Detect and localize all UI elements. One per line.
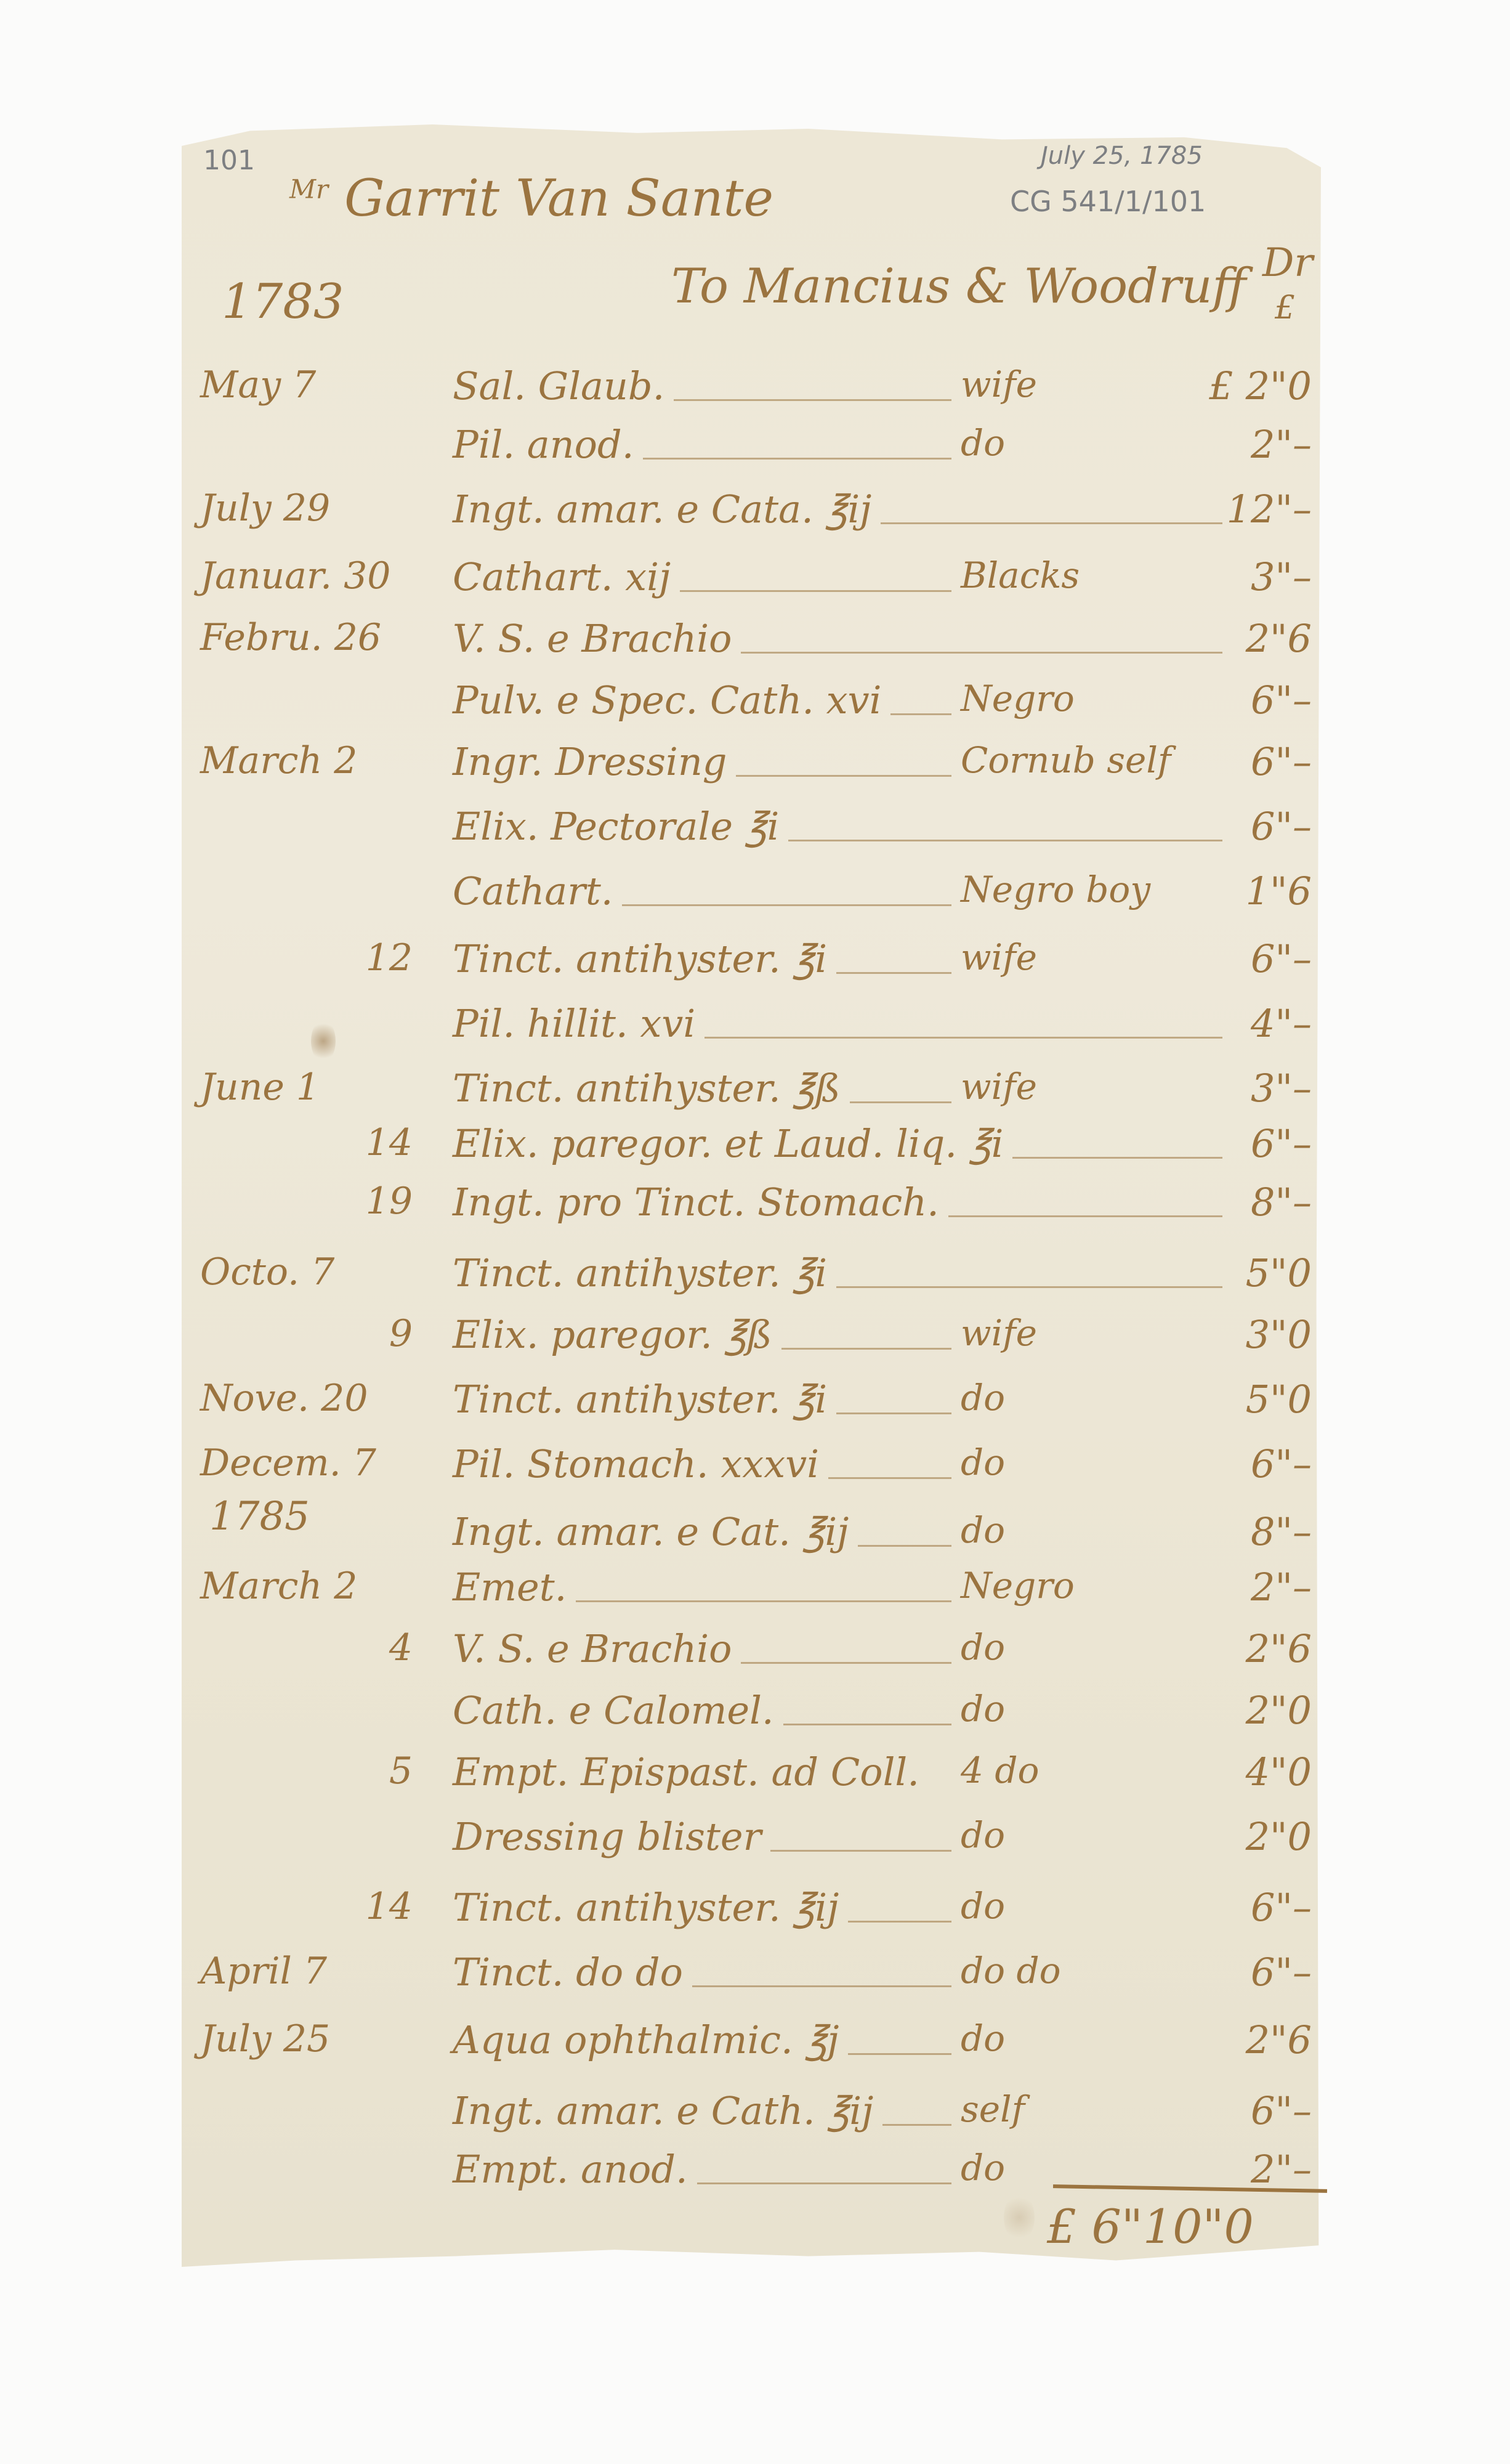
entry-item: Sal. Glaub.	[453, 363, 664, 408]
entry-amount: 4"0	[1152, 1749, 1312, 1794]
pencil-archive-reference: CG 541/1/101	[1010, 185, 1206, 218]
entry-row: 12Tinct. antihyster. ℥iwife6"–	[0, 936, 1510, 1004]
entry-date: 9	[209, 1312, 413, 1355]
entry-date: 14	[209, 1885, 413, 1928]
entry-amount: 8"–	[1152, 1509, 1312, 1554]
entry-item: Pulv. e Spec. Cath. xvi	[453, 678, 881, 723]
entry-date: March 2	[200, 739, 422, 782]
entry-amount: 6"–	[1152, 936, 1312, 981]
entry-item: Ingt. amar. e Cath. ℥ij	[453, 2088, 873, 2133]
entry-item: Aqua ophthalmic. ℥j	[453, 2017, 839, 2062]
entry-item: Tinct. antihyster. ℥i	[453, 1250, 827, 1295]
entry-amount: 2"0	[1152, 1688, 1312, 1733]
entry-item: Ingr. Dressing	[453, 739, 727, 784]
leader-line	[850, 1101, 951, 1103]
entry-amount: 2"–	[1152, 422, 1312, 467]
entry-patient: do do	[961, 1950, 1061, 1992]
entry-patient: self	[961, 2088, 1025, 2130]
entry-row: Elix. Pectorale ℥i6"–	[0, 804, 1510, 872]
entry-date: April 7	[200, 1950, 422, 1993]
leader-line	[576, 1600, 951, 1602]
creditor-line: To Mancius & Woodruff	[671, 259, 1246, 314]
entry-row: Ingt. amar. e Cath. ℥ijself6"–	[0, 2088, 1510, 2156]
entry-patient: do	[961, 1626, 1005, 1668]
entry-patient: do	[961, 1814, 1005, 1856]
entry-amount: 12"–	[1152, 487, 1312, 532]
entry-patient: Blacks	[961, 554, 1080, 596]
leader-line	[705, 1037, 1222, 1039]
leader-line	[890, 713, 951, 715]
entry-amount: 1"6	[1152, 869, 1312, 914]
entry-amount: 3"–	[1152, 1066, 1312, 1111]
leader-line	[736, 775, 951, 777]
entry-item: Cathart. xij	[453, 554, 671, 599]
leader-line	[741, 1662, 951, 1664]
entry-patient: Negro boy	[961, 869, 1150, 910]
entry-amount: 6"–	[1152, 2088, 1312, 2133]
leader-line	[848, 1921, 951, 1923]
entry-row: July 29Ingt. amar. e Cata. ℥ij12"–	[0, 487, 1510, 554]
entry-amount: £ 2"0	[1152, 363, 1312, 408]
entry-date: 12	[209, 936, 413, 979]
entry-patient: wife	[961, 363, 1037, 405]
entry-item: Ingt. amar. e Cat. ℥ij	[453, 1509, 849, 1554]
leader-line	[770, 1850, 951, 1852]
entry-patient: Negro	[961, 678, 1075, 719]
leader-line	[783, 1724, 951, 1725]
entry-item: Tinct. antihyster. ℥ß	[453, 1066, 841, 1111]
entry-date: Octo. 7	[200, 1250, 422, 1294]
entry-patient: do	[961, 422, 1005, 464]
entry-date: Nove. 20	[200, 1377, 422, 1420]
entry-patient: do	[961, 1509, 1005, 1551]
account-total: £ 6"10"0	[1047, 2199, 1254, 2254]
entry-amount: 2"6	[1152, 616, 1312, 661]
entry-row: Januar. 30Cathart. xijBlacks3"–	[0, 554, 1510, 622]
entry-amount: 3"–	[1152, 554, 1312, 599]
entry-date: Febru. 26	[200, 616, 422, 659]
entry-amount: 6"–	[1152, 1885, 1312, 1930]
entry-date: Januar. 30	[200, 554, 422, 598]
leader-line	[848, 2053, 951, 2055]
entry-date: Decem. 7	[200, 1441, 422, 1485]
entry-amount: 2"6	[1152, 2017, 1312, 2062]
leader-line	[692, 1985, 951, 1987]
entry-patient: do	[961, 1441, 1005, 1483]
entry-row: 5Empt. Epispast. ad Coll.4 do4"0	[0, 1749, 1510, 1817]
entry-patient: do	[961, 1885, 1005, 1927]
entry-row: Dressing blisterdo2"0	[0, 1814, 1510, 1882]
entry-item: Elix. paregor. et Laud. liq. ℥i	[453, 1121, 1003, 1166]
entry-item: V. S. e Brachio	[453, 1626, 732, 1671]
entry-patient: do	[961, 2147, 1005, 2189]
entry-patient: do	[961, 1377, 1005, 1419]
leader-line	[741, 652, 1222, 654]
entry-item: Pil. hillit. xvi	[453, 1001, 695, 1046]
entry-row: 14Tinct. antihyster. ℥ijdo6"–	[0, 1885, 1510, 1953]
entry-item: Cathart.	[453, 869, 613, 914]
entry-patient: do	[961, 2017, 1005, 2059]
entry-amount: 2"–	[1152, 2147, 1312, 2192]
entry-amount: 2"–	[1152, 1565, 1312, 1610]
entry-date: July 25	[200, 2017, 422, 2061]
entry-row: Octo. 7Tinct. antihyster. ℥i5"0	[0, 1250, 1510, 1318]
entry-item: Dressing blister	[453, 1814, 761, 1859]
entry-item: Ingt. pro Tinct. Stomach.	[453, 1180, 939, 1225]
pencil-folio-number: 101	[203, 145, 255, 176]
opening-year: 1783	[222, 274, 344, 330]
entry-row: 14Elix. paregor. et Laud. liq. ℥i6"–	[0, 1121, 1510, 1189]
entry-amount: 6"–	[1152, 1441, 1312, 1486]
currency-column-head: £	[1275, 290, 1295, 326]
leader-line	[836, 1412, 951, 1414]
entry-patient: wife	[961, 936, 1037, 978]
leader-line	[828, 1477, 951, 1479]
entry-amount: 2"0	[1152, 1814, 1312, 1859]
entry-patient: do	[961, 1688, 1005, 1730]
entry-patient: wife	[961, 1312, 1037, 1354]
entry-item: Emet.	[453, 1565, 567, 1610]
entry-row: Cathart.Negro boy1"6	[0, 869, 1510, 936]
leader-line	[643, 458, 951, 460]
entry-row: Empt. anod.do2"–	[0, 2147, 1510, 2215]
entry-amount: 2"6	[1152, 1626, 1312, 1671]
entry-date: 14	[209, 1121, 413, 1164]
entry-item: Tinct. antihyster. ℥ij	[453, 1885, 839, 1930]
entry-item: Ingt. amar. e Cata. ℥ij	[453, 487, 871, 532]
entry-date: June 1	[200, 1066, 422, 1109]
entry-row: Cath. e Calomel.do2"0	[0, 1688, 1510, 1756]
leader-line	[858, 1545, 951, 1547]
entry-row: May 7Sal. Glaub.wife£ 2"0	[0, 363, 1510, 431]
entry-row: Febru. 26V. S. e Brachio2"6	[0, 616, 1510, 684]
entry-item: Empt. anod.	[453, 2147, 688, 2192]
leader-line	[781, 1348, 951, 1350]
debit-mark: Dr	[1262, 240, 1313, 286]
entry-date: 5	[209, 1749, 413, 1793]
leader-line	[622, 904, 951, 906]
entry-row: July 25Aqua ophthalmic. ℥jdo2"6	[0, 2017, 1510, 2085]
entry-item: Tinct. do do	[453, 1950, 683, 1995]
entry-row: April 7Tinct. do dodo do6"–	[0, 1950, 1510, 2017]
entry-row: Pil. anod.do2"–	[0, 422, 1510, 490]
entry-patient: Cornub self	[961, 739, 1171, 781]
entry-amount: 5"0	[1152, 1377, 1312, 1422]
pencil-date-note: July 25, 1785	[1041, 142, 1203, 170]
leader-line	[882, 2124, 951, 2126]
entry-patient: wife	[961, 1066, 1037, 1108]
entry-item: Empt. Epispast. ad Coll.	[453, 1749, 919, 1794]
entry-amount: 6"–	[1152, 739, 1312, 784]
entry-date: May 7	[200, 363, 422, 407]
entry-amount: 6"–	[1152, 804, 1312, 849]
entry-item: Pil. Stomach. xxxvi	[453, 1441, 819, 1486]
entry-date: 19	[209, 1180, 413, 1223]
entry-amount: 6"–	[1152, 1950, 1312, 1995]
debtor-name: Garrit Van Sante	[344, 169, 773, 228]
debtor-heading: Mr Garrit Van Sante	[289, 169, 773, 228]
entry-amount: 6"–	[1152, 1121, 1312, 1166]
entry-date: 4	[209, 1626, 413, 1669]
leader-line	[836, 972, 951, 974]
entry-item: Cath. e Calomel.	[453, 1688, 774, 1733]
entry-row: March 2Emet.Negro2"–	[0, 1565, 1510, 1632]
entry-item: Elix. paregor. ℥ß	[453, 1312, 772, 1357]
entry-row: 19Ingt. pro Tinct. Stomach.8"–	[0, 1180, 1510, 1247]
entry-item: Tinct. antihyster. ℥i	[453, 936, 827, 981]
leader-line	[697, 2182, 951, 2184]
entry-item: Pil. anod.	[453, 422, 634, 467]
entry-amount: 4"–	[1152, 1001, 1312, 1046]
debtor-prefix: Mr	[289, 174, 328, 205]
entry-row: 9Elix. paregor. ℥ßwife3"0	[0, 1312, 1510, 1380]
leader-line	[674, 399, 951, 401]
entry-date: July 29	[200, 487, 422, 530]
entry-row: Pulv. e Spec. Cath. xviNegro6"–	[0, 678, 1510, 745]
entry-amount: 6"–	[1152, 678, 1312, 723]
entry-amount: 8"–	[1152, 1180, 1312, 1225]
entry-row: 4V. S. e Brachiodo2"6	[0, 1626, 1510, 1694]
entry-amount: 5"0	[1152, 1250, 1312, 1295]
entry-patient: Negro	[961, 1565, 1075, 1607]
entry-amount: 3"0	[1152, 1312, 1312, 1357]
entry-row: Pil. hillit. xvi4"–	[0, 1001, 1510, 1069]
entry-item: V. S. e Brachio	[453, 616, 732, 661]
entry-patient: 4 do	[961, 1749, 1039, 1791]
entry-date: March 2	[200, 1565, 422, 1608]
entry-item: Elix. Pectorale ℥i	[453, 804, 779, 849]
entry-item: Tinct. antihyster. ℥i	[453, 1377, 827, 1422]
entry-row: March 2Ingr. DressingCornub self6"–	[0, 739, 1510, 807]
entry-row: Nove. 20Tinct. antihyster. ℥ido5"0	[0, 1377, 1510, 1445]
second-year-marker: 1785	[209, 1494, 310, 1539]
leader-line	[680, 590, 951, 592]
